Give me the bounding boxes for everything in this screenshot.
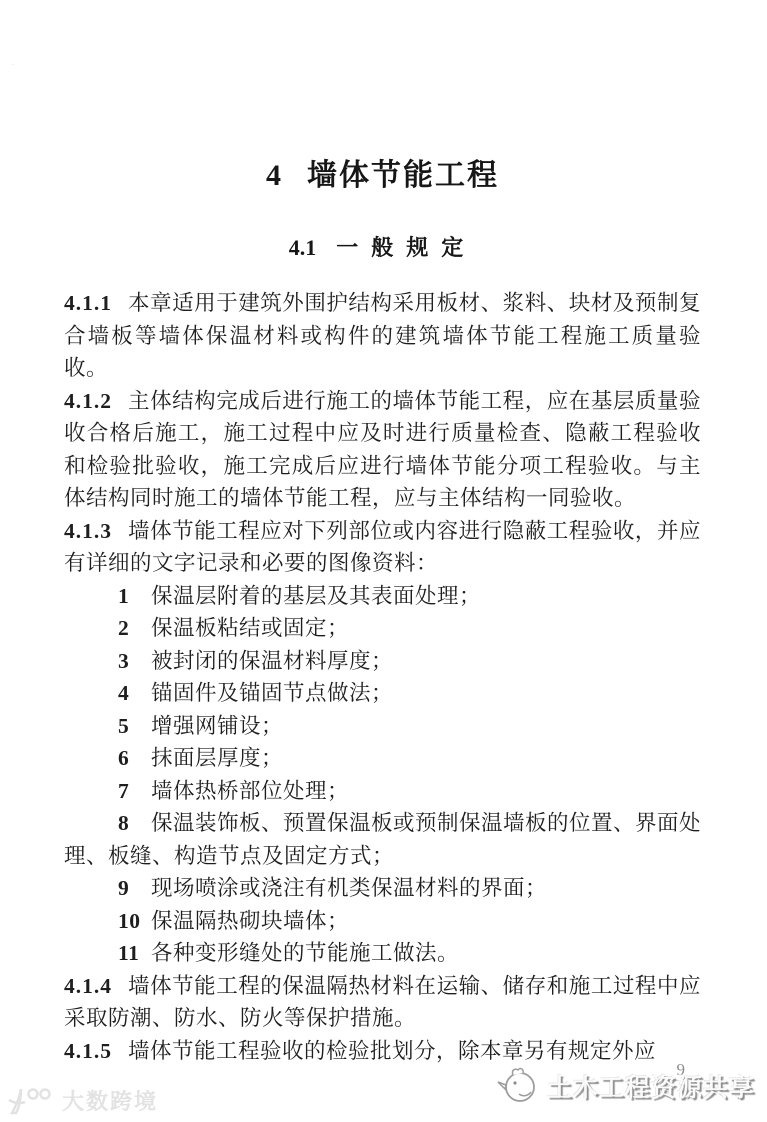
- list-item-number: 8: [118, 807, 151, 840]
- clause-paragraph: 4.1.1本章适用于建筑外围护结构采用板材、浆料、块材及预制复合墙板等墙体保温材…: [64, 287, 701, 385]
- list-item: 3被封闭的保温材料厚度；: [64, 645, 701, 678]
- list-item-number: 11: [118, 937, 151, 970]
- chapter-title-text: 墙体节能工程: [307, 159, 499, 192]
- list-item-number: 4: [118, 677, 151, 710]
- list-item-number: 3: [118, 645, 151, 678]
- list-item-number: 1: [118, 580, 151, 613]
- watermark-tumu: 土木工程资源共享: [495, 1066, 755, 1106]
- clause-paragraph: 4.1.5墙体节能工程验收的检验批划分，除本章另有规定外应: [64, 1035, 701, 1068]
- list-item-text: 被封闭的保温材料厚度；: [151, 649, 393, 673]
- dashu-swoosh-icon: [6, 1086, 58, 1116]
- watermark-dashu-text: 大数跨境: [62, 1085, 158, 1116]
- clause-number: 4.1.1: [64, 291, 112, 315]
- list-item-text: 保温板粘结或固定；: [151, 616, 349, 640]
- clause-paragraph: 4.1.2主体结构完成后进行施工的墙体节能工程，应在基层质量验收合格后施工，施工…: [64, 385, 701, 515]
- list-item-text: 保温隔热砌块墙体；: [151, 909, 349, 933]
- list-item-text: 各种变形缝处的节能施工做法。: [151, 941, 459, 965]
- clause-text: 墙体节能工程验收的检验批划分，除本章另有规定外应: [128, 1039, 656, 1063]
- page-content: 4墙体节能工程 4.1一般规定 4.1.1本章适用于建筑外围护结构采用板材、浆料…: [64, 0, 701, 1067]
- clause-text: 墙体节能工程的保温隔热材料在运输、储存和施工过程中应采取防潮、防水、防火等保护措…: [64, 974, 701, 1031]
- list-item: 2保温板粘结或固定；: [64, 612, 701, 645]
- list-item-text: 保温装饰板、预置保温板或预制保温墙板的位置、界面处理、板缝、构造节点及固定方式；: [64, 811, 701, 868]
- section-title-text: 一般规定: [336, 235, 476, 260]
- section-heading: 4.1一般规定: [64, 231, 701, 262]
- list-item: 6抹面层厚度；: [64, 742, 701, 775]
- section-number: 4.1: [289, 235, 317, 260]
- clause-number: 4.1.5: [64, 1039, 112, 1063]
- watermark-dashu: 大数跨境: [6, 1085, 158, 1116]
- bird-badge-icon: [495, 1066, 539, 1106]
- list-item-text: 保温层附着的基层及其表面处理；: [151, 584, 481, 608]
- clause-paragraph: 4.1.4墙体节能工程的保温隔热材料在运输、储存和施工过程中应采取防潮、防水、防…: [64, 970, 701, 1035]
- clause-paragraph: 4.1.3墙体节能工程应对下列部位或内容进行隐蔽工程验收，并应有详细的文字记录和…: [64, 515, 701, 580]
- document-page: · 4墙体节能工程 4.1一般规定 4.1.1本章适用于建筑外围护结构采用板材、…: [0, 0, 767, 1122]
- list-item: 7墙体热桥部位处理；: [64, 775, 701, 808]
- chapter-title: 4墙体节能工程: [64, 150, 701, 194]
- list-item: 8保温装饰板、预置保温板或预制保温墙板的位置、界面处理、板缝、构造节点及固定方式…: [64, 807, 701, 872]
- list-item: 4锚固件及锚固节点做法；: [64, 677, 701, 710]
- list-item-text: 墙体热桥部位处理；: [151, 779, 349, 803]
- list-item: 9现场喷涂或浇注有机类保温材料的界面；: [64, 872, 701, 905]
- list-item: 1保温层附着的基层及其表面处理；: [64, 580, 701, 613]
- list-item-text: 锚固件及锚固节点做法；: [151, 681, 393, 705]
- list-item-number: 9: [118, 872, 151, 905]
- list-item: 5增强网铺设；: [64, 710, 701, 743]
- clause-number: 4.1.4: [64, 974, 112, 998]
- list-item-text: 增强网铺设；: [151, 714, 283, 738]
- clause-text: 主体结构完成后进行施工的墙体节能工程，应在基层质量验收合格后施工，施工过程中应及…: [64, 389, 701, 511]
- list-item-number: 7: [118, 775, 151, 808]
- list-item-number: 6: [118, 742, 151, 775]
- clause-text: 墙体节能工程应对下列部位或内容进行隐蔽工程验收，并应有详细的文字记录和必要的图像…: [64, 519, 701, 576]
- clause-text: 本章适用于建筑外围护结构采用板材、浆料、块材及预制复合墙板等墙体保温材料或构件的…: [64, 291, 701, 380]
- list-item: 11各种变形缝处的节能施工做法。: [64, 937, 701, 970]
- list-item: 10保温隔热砌块墙体；: [64, 905, 701, 938]
- list-item-number: 5: [118, 710, 151, 743]
- chapter-number: 4: [266, 159, 281, 192]
- list-item-text: 抹面层厚度；: [151, 746, 283, 770]
- list-item-text: 现场喷涂或浇注有机类保温材料的界面；: [151, 876, 547, 900]
- watermark-tumu-text: 土木工程资源共享: [547, 1068, 755, 1104]
- scan-artifact: ·: [11, 60, 14, 71]
- clause-number: 4.1.3: [64, 519, 112, 543]
- clause-number: 4.1.2: [64, 389, 112, 413]
- list-item-number: 10: [118, 905, 151, 938]
- list-item-number: 2: [118, 612, 151, 645]
